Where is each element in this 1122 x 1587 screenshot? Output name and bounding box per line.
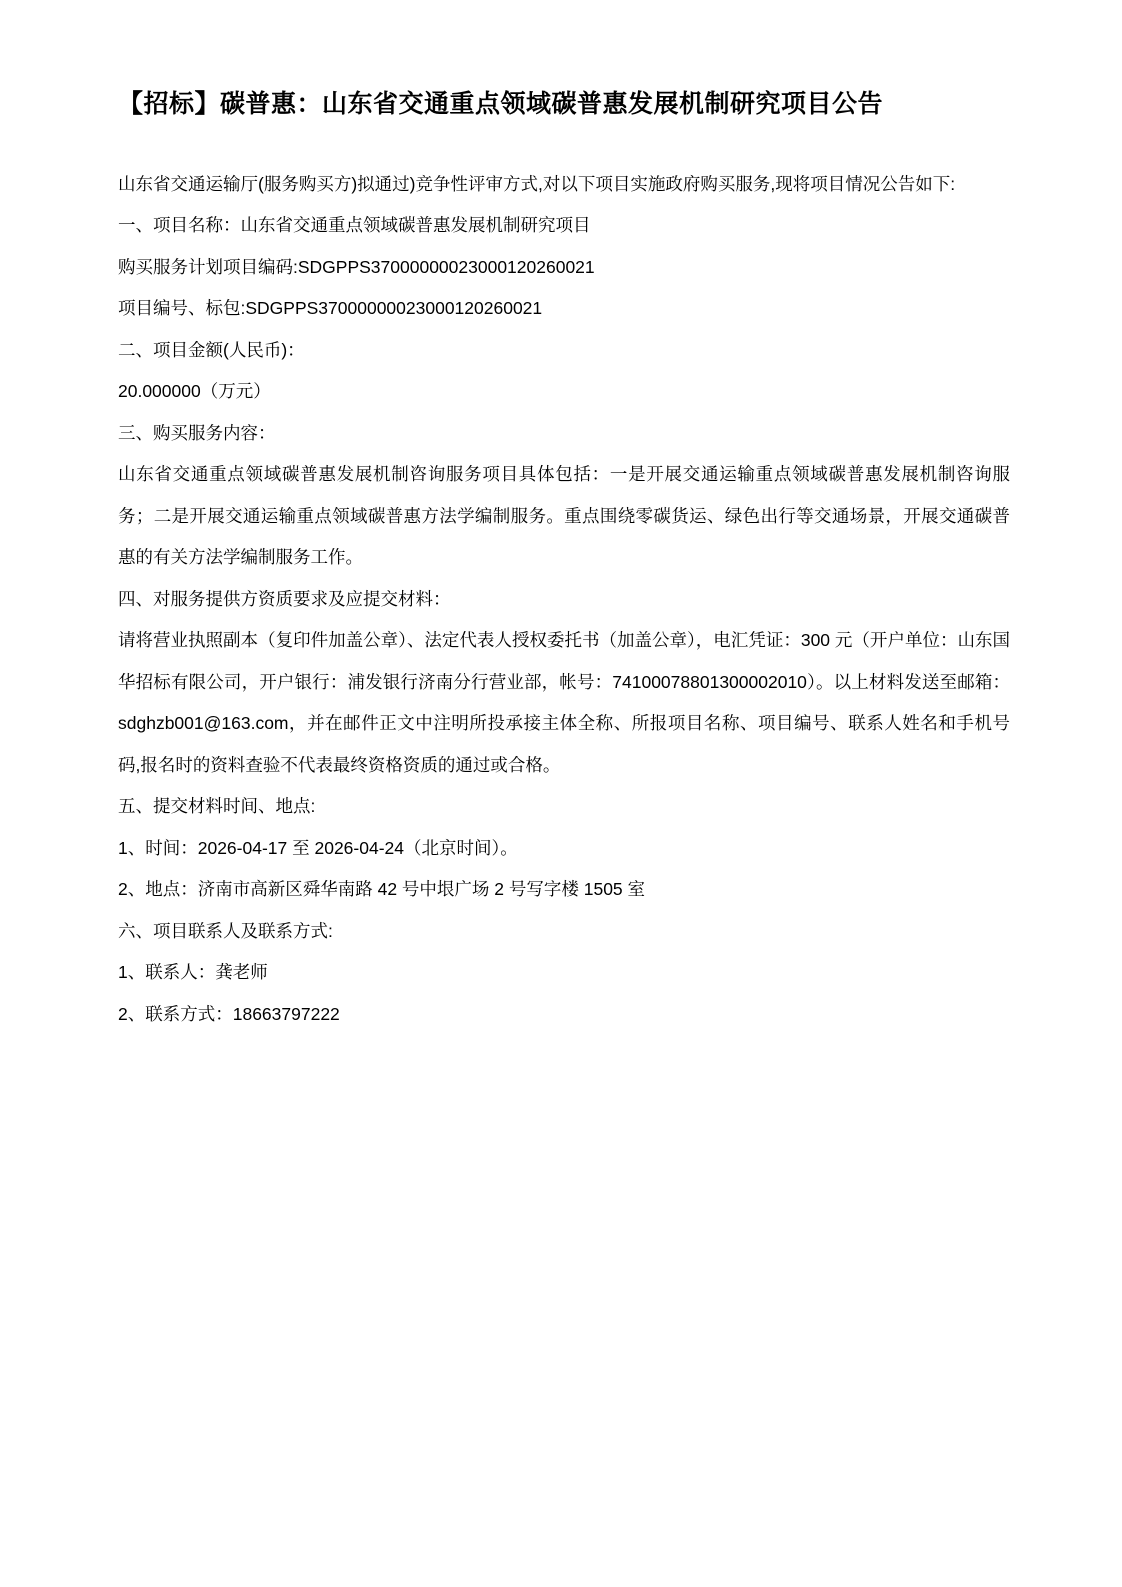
- purchase-plan-code-line: 购买服务计划项目编码:SDGPPS37000000023000120260021: [118, 247, 1010, 289]
- submission-location-line: 2、地点：济南市高新区舜华南路 42 号中垠广场 2 号写字楼 1505 室: [118, 869, 1010, 911]
- section-contact-heading: 六、项目联系人及联系方式:: [118, 911, 1010, 953]
- section-amount-heading: 二、项目金额(人民币)：: [118, 330, 1010, 372]
- submission-time-line: 1、时间：2026-04-17 至 2026-04-24（北京时间）。: [118, 828, 1010, 870]
- amount-value-line: 20.000000（万元）: [118, 371, 1010, 413]
- page-title: 【招标】碳普惠：山东省交通重点领域碳普惠发展机制研究项目公告: [118, 88, 1010, 122]
- document-page: 【招标】碳普惠：山东省交通重点领域碳普惠发展机制研究项目公告 山东省交通运输厅(…: [0, 0, 1122, 1587]
- section-qualification-heading: 四、对服务提供方资质要求及应提交材料：: [118, 579, 1010, 621]
- contact-person-line: 1、联系人：龚老师: [118, 952, 1010, 994]
- intro-paragraph: 山东省交通运输厅(服务购买方)拟通过)竞争性评审方式,对以下项目实施政府购买服务…: [118, 164, 1010, 206]
- section-time-location-heading: 五、提交材料时间、地点:: [118, 786, 1010, 828]
- contact-phone-line: 2、联系方式：18663797222: [118, 994, 1010, 1036]
- project-number-line: 项目编号、标包:SDGPPS37000000023000120260021: [118, 288, 1010, 330]
- section-project-name: 一、项目名称：山东省交通重点领域碳普惠发展机制研究项目: [118, 205, 1010, 247]
- section-service-content-heading: 三、购买服务内容：: [118, 413, 1010, 455]
- qualification-paragraph: 请将营业执照副本（复印件加盖公章）、法定代表人授权委托书（加盖公章），电汇凭证：…: [118, 620, 1010, 786]
- service-content-paragraph: 山东省交通重点领域碳普惠发展机制咨询服务项目具体包括：一是开展交通运输重点领域碳…: [118, 454, 1010, 579]
